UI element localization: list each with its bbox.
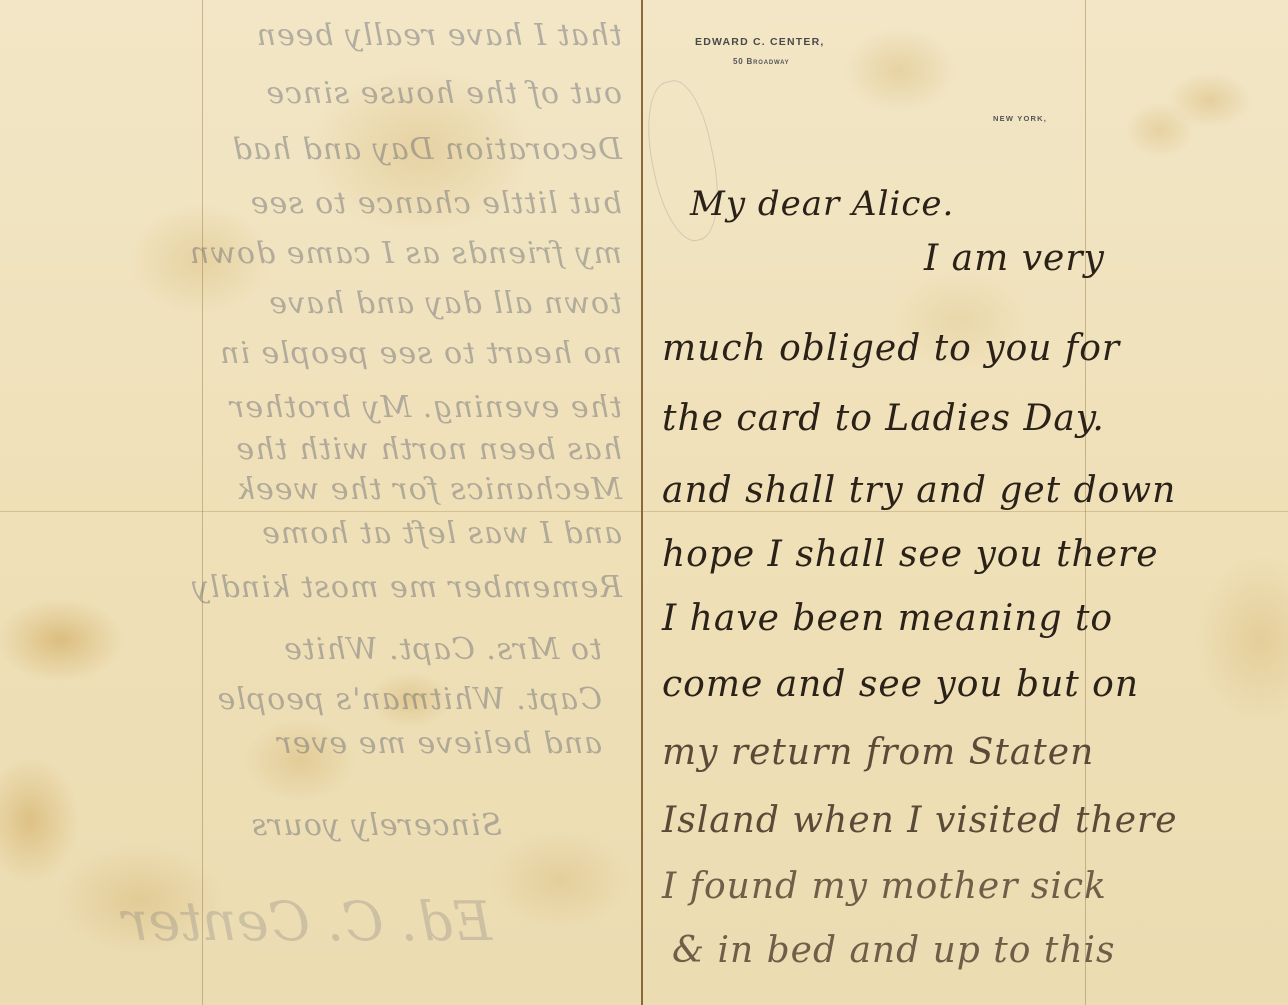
bleed-line: that I have really been xyxy=(256,18,622,53)
left-page: that I have really been out of the house… xyxy=(0,0,642,1005)
letterhead-address: 50 Broadway xyxy=(733,57,789,66)
letter-line: and shall try and get down xyxy=(662,470,1176,511)
right-page: EDWARD C. CENTER, 50 Broadway NEW YORK, … xyxy=(642,0,1288,1005)
bleed-line: Mechanics for the week xyxy=(236,472,622,507)
opening-line: I am very xyxy=(924,238,1105,279)
letter-line: I have been meaning to xyxy=(662,598,1113,639)
letter-spread: that I have really been out of the house… xyxy=(0,0,1288,1005)
bleed-line: my friends as I came down xyxy=(189,236,622,271)
bleed-line: Capt. Whitman's people xyxy=(217,682,602,717)
bleed-line: to Mrs. Capt. White xyxy=(283,632,602,667)
bleed-signature: Ed. C. Center xyxy=(122,890,492,953)
letter-line: & in bed and up to this xyxy=(672,930,1116,971)
letter-line: Island when I visited there xyxy=(662,800,1178,841)
bleed-line: but little chance to see xyxy=(250,186,622,221)
salutation: My dear Alice. xyxy=(690,184,954,224)
letter-line: much obliged to you for xyxy=(662,328,1120,369)
letter-line: my return from Staten xyxy=(662,732,1094,773)
bleed-line: no heart to see people in xyxy=(219,336,622,371)
bleed-line: the evening. My brother xyxy=(229,390,622,425)
bleed-line: town all day and have xyxy=(268,286,622,321)
bleed-through-text: that I have really been out of the house… xyxy=(0,0,642,1005)
bleed-line: Remember me most kindly xyxy=(191,570,622,605)
letterhead-city: NEW YORK, xyxy=(993,114,1047,123)
letter-line: the card to Ladies Day. xyxy=(662,398,1105,439)
letter-line: hope I shall see you there xyxy=(662,534,1159,575)
bleed-line: out of the house since xyxy=(265,76,622,111)
bleed-line: and I was left at home xyxy=(261,516,622,551)
bleed-line: Decoration Day and had xyxy=(232,132,622,167)
bleed-line: Sincerely yours xyxy=(251,808,502,843)
letter-line: come and see you but on xyxy=(662,664,1139,705)
fold-line-vertical xyxy=(202,0,203,1005)
bleed-line: has been north with the xyxy=(235,432,622,467)
letter-line: I found my mother sick xyxy=(662,866,1107,907)
bleed-line: and believe me ever xyxy=(276,726,602,761)
letterhead-name: EDWARD C. CENTER, xyxy=(695,36,825,48)
